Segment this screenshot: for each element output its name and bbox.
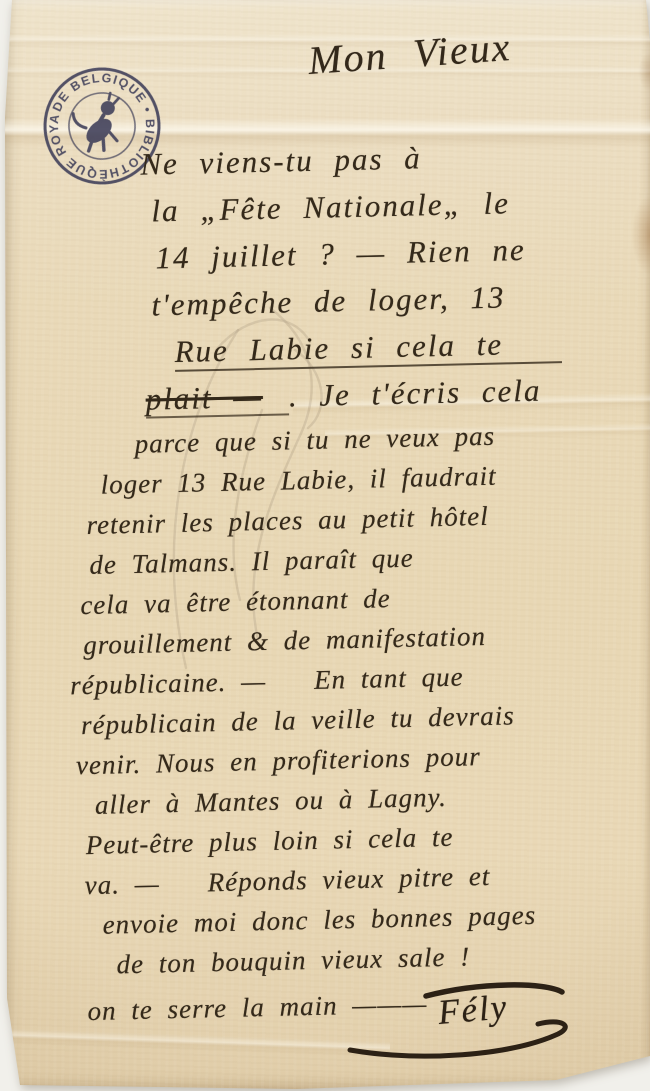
- manuscript-text-segment: En tant que: [314, 661, 464, 694]
- manuscript-text-segment: de Talmans. Il paraît que: [89, 543, 414, 580]
- manuscript-text-segment: t'empêche de loger, 13: [151, 279, 506, 322]
- letter-body: Ne viens-tu pas àla „Fête Nationale„ le1…: [48, 135, 650, 1036]
- manuscript-text-segment: Ne viens-tu pas à: [140, 140, 422, 181]
- manuscript-text-segment: Réponds vieux pitre et: [207, 861, 490, 897]
- signature: Fély: [436, 987, 509, 1033]
- manuscript-line: on te serre la main ———: [87, 983, 650, 1036]
- manuscript-text-segment: républicaine. —: [70, 666, 267, 700]
- lion-emblem-icon: [70, 91, 130, 155]
- salutation: Mon Vieux: [307, 23, 513, 84]
- letter-paper: DE BELGIQUE • BIBLIOTHÈQUE ROYALE: [0, 0, 650, 1091]
- manuscript-text-segment: on te serre la main ———: [87, 988, 427, 1026]
- manuscript-text-segment: la „Fête Nationale„ le: [151, 185, 510, 228]
- manuscript-text-segment: . Je t'écris cela: [288, 373, 541, 414]
- scanned-letter: DE BELGIQUE • BIBLIOTHÈQUE ROYALE: [0, 0, 650, 1091]
- manuscript-text-segment: va. —: [84, 868, 160, 900]
- manuscript-text-segment: Rue Labie si cela te: [174, 325, 561, 372]
- manuscript-text-segment: 14 juillet ? — Rien ne: [155, 232, 526, 275]
- manuscript-text-segment: cela va être étonnant de: [80, 583, 391, 620]
- manuscript-text-segment: plait —: [145, 378, 289, 418]
- edge-stain: [638, 52, 650, 92]
